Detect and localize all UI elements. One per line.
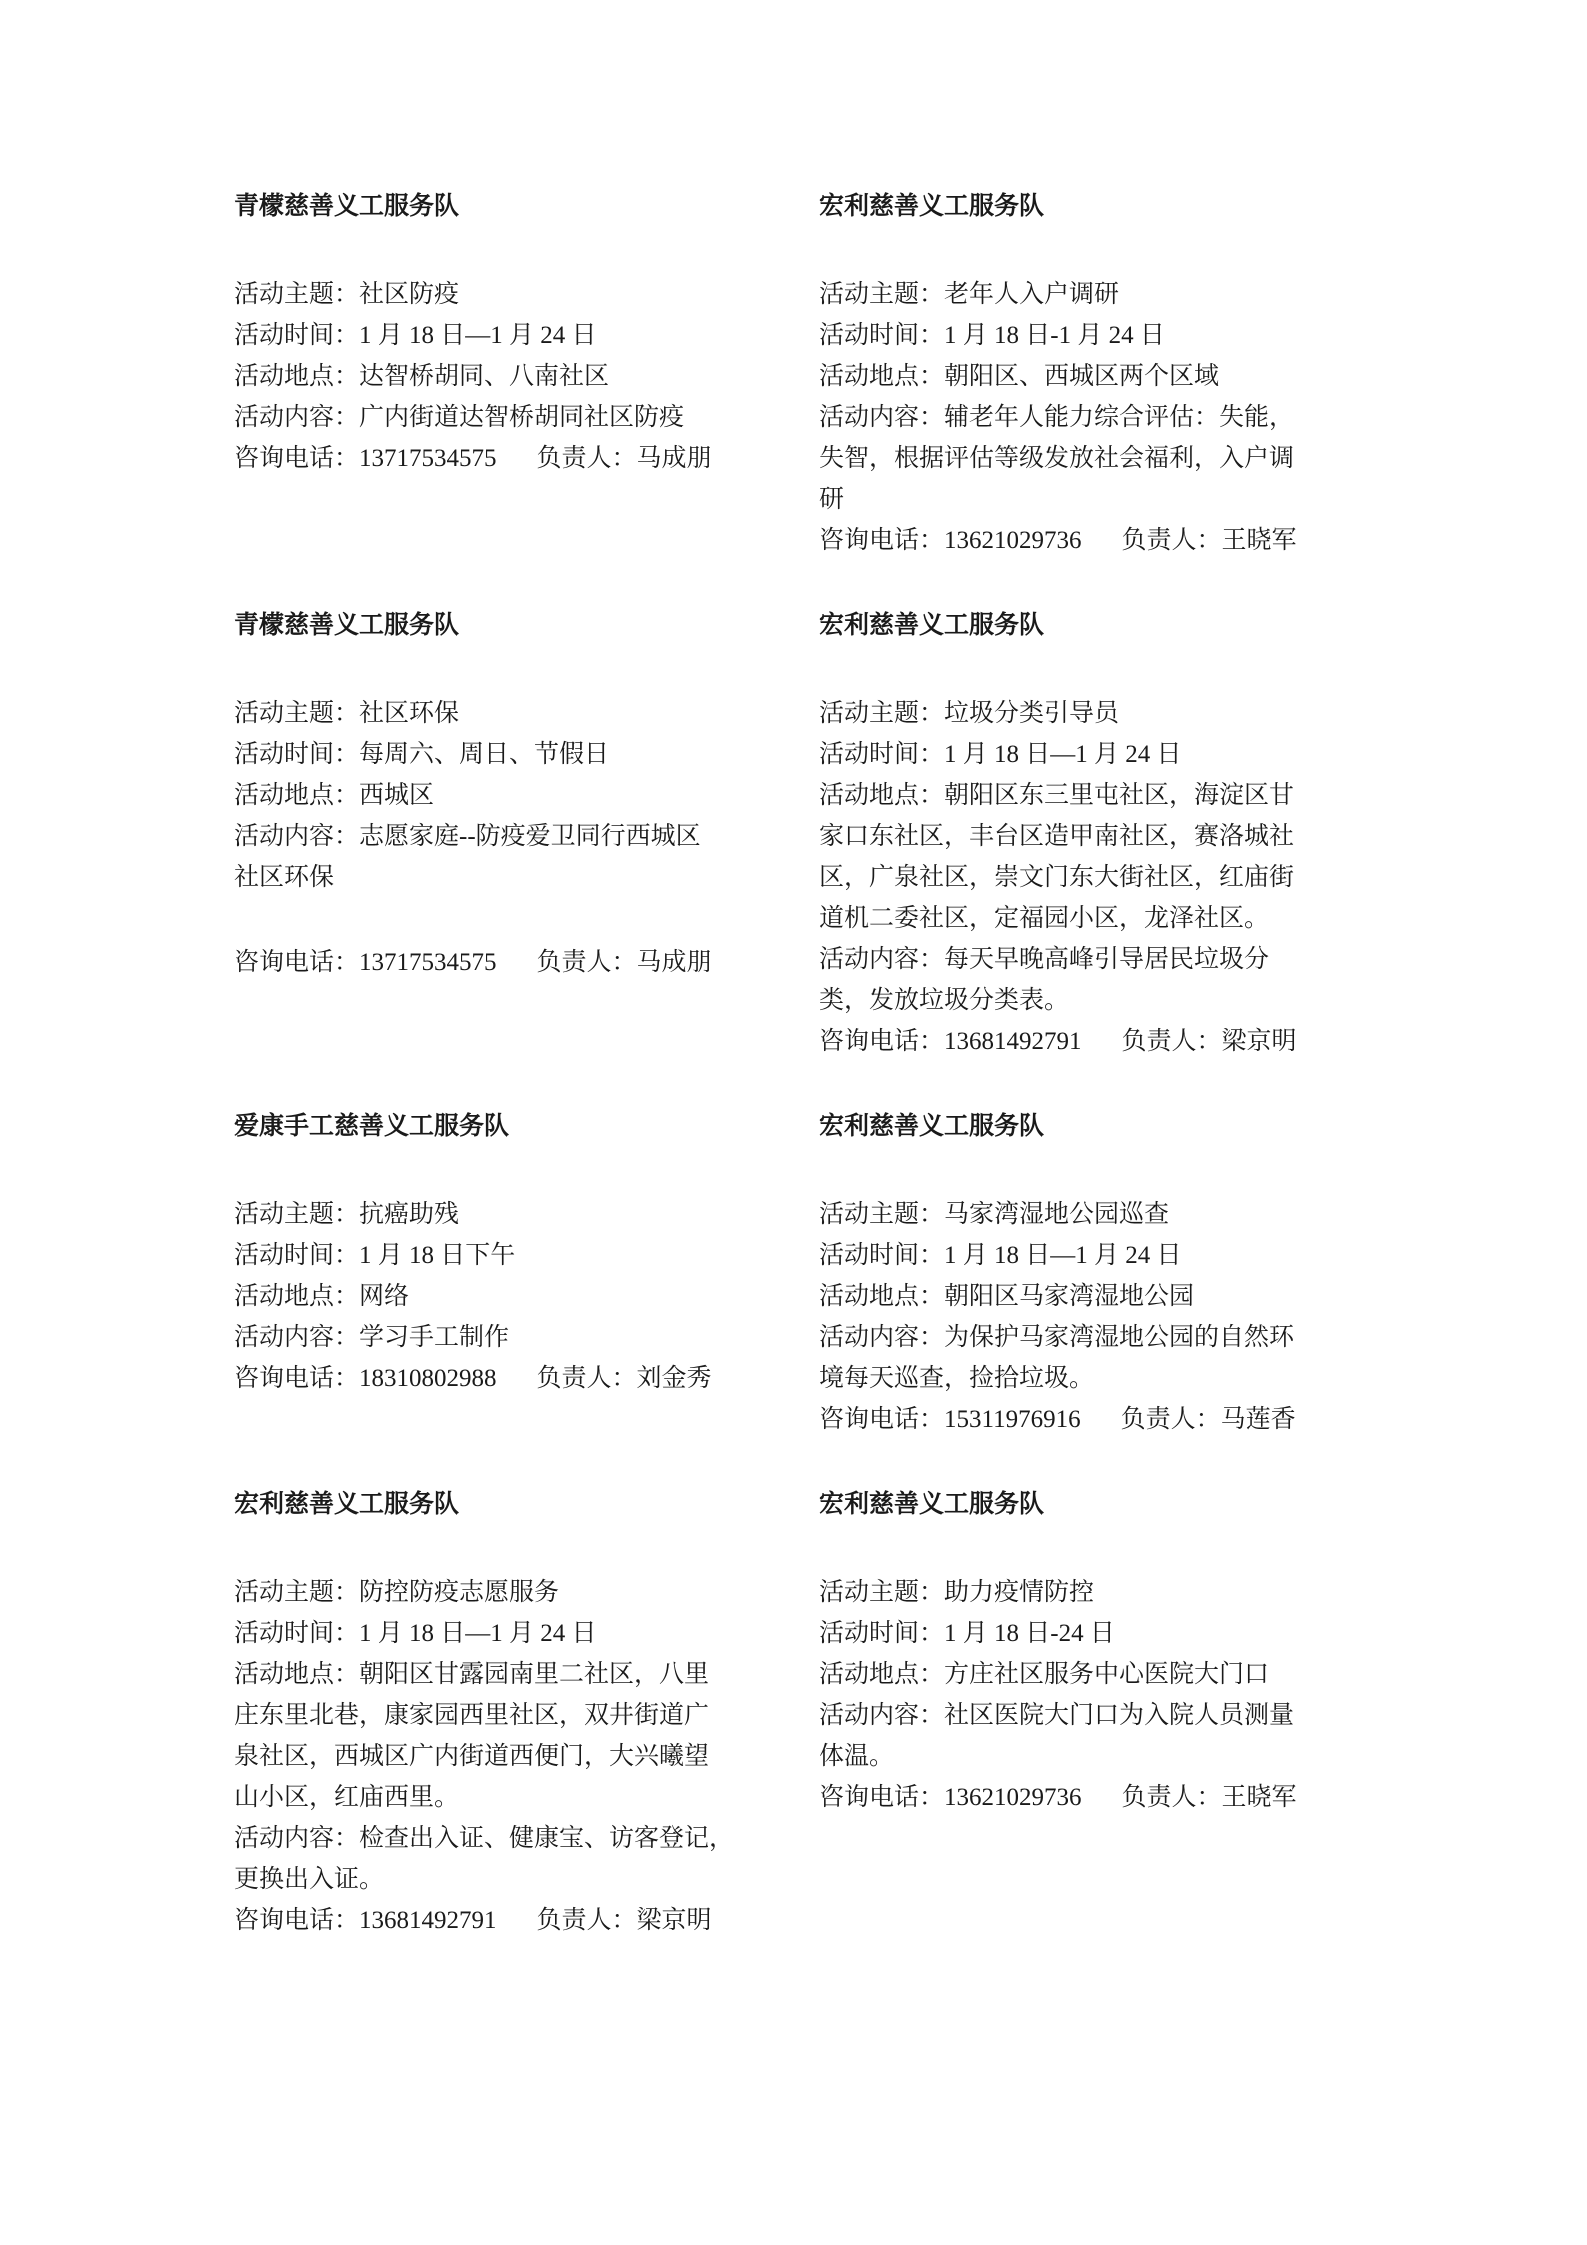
activity-card: 青檬慈善义工服务队 活动主题：社区环保 活动时间：每周六、周日、节假日 活动地点… (234, 605, 789, 983)
consult-phone: 咨询电话：13717534575 (234, 949, 497, 976)
activity-card: 青檬慈善义工服务队 活动主题：社区防疫 活动时间：1 月 18 日—1 月 24… (234, 186, 789, 479)
activity-grid: 青檬慈善义工服务队 活动主题：社区防疫 活动时间：1 月 18 日—1 月 24… (234, 186, 1374, 1941)
person-in-charge: 负责人：马成朋 (537, 949, 712, 976)
activity-field-line: 活动时间：1 月 18 日-24 日 (819, 1613, 1374, 1654)
contact-line: 咨询电话：13717534575负责人：马成朋 (234, 438, 789, 479)
activity-card: 宏利慈善义工服务队 活动主题：垃圾分类引导员 活动时间：1 月 18 日—1 月… (819, 605, 1374, 1062)
person-in-charge: 负责人：梁京明 (537, 1907, 712, 1934)
activity-field-line: 庄东里北巷，康家园西里社区，双井街道广 (234, 1695, 789, 1736)
person-in-charge: 负责人：马莲香 (1121, 1406, 1296, 1433)
activity-field-line: 活动时间：每周六、周日、节假日 (234, 734, 789, 775)
activity-card: 宏利慈善义工服务队 活动主题：助力疫情防控 活动时间：1 月 18 日-24 日… (819, 1484, 1374, 1818)
activity-card: 宏利慈善义工服务队 活动主题：马家湾湿地公园巡查 活动时间：1 月 18 日—1… (819, 1106, 1374, 1440)
consult-phone: 咨询电话：15311976916 (819, 1406, 1081, 1433)
activity-field-line: 活动时间：1 月 18 日—1 月 24 日 (819, 1235, 1374, 1276)
person-in-charge: 负责人：马成朋 (537, 445, 712, 472)
activity-field-line: 活动主题：垃圾分类引导员 (819, 693, 1374, 734)
activity-field-line: 活动内容：为保护马家湾湿地公园的自然环 (819, 1317, 1374, 1358)
activity-field-line: 社区环保 (234, 857, 789, 898)
person-in-charge: 负责人：王晓军 (1122, 527, 1297, 554)
activity-field-line: 山小区，红庙西里。 (234, 1777, 789, 1818)
activity-card: 爱康手工慈善义工服务队 活动主题：抗癌助残 活动时间：1 月 18 日下午 活动… (234, 1106, 789, 1399)
activity-field-line: 失智，根据评估等级发放社会福利，入户调 (819, 438, 1374, 479)
activity-field-line: 活动地点：朝阳区马家湾湿地公园 (819, 1276, 1374, 1317)
contact-line: 咨询电话：13717534575负责人：马成朋 (234, 942, 789, 983)
activity-field-line: 活动地点：网络 (234, 1276, 789, 1317)
team-name: 宏利慈善义工服务队 (819, 186, 1374, 228)
consult-phone: 咨询电话：13621029736 (819, 1784, 1082, 1811)
activity-field-line: 区，广泉社区，崇文门东大街社区，红庙街 (819, 857, 1374, 898)
team-name: 青檬慈善义工服务队 (234, 605, 789, 647)
activity-field-line: 活动内容：社区医院大门口为入院人员测量 (819, 1695, 1374, 1736)
activity-field-line: 活动内容：学习手工制作 (234, 1317, 789, 1358)
contact-line: 咨询电话：13681492791负责人：梁京明 (819, 1021, 1374, 1062)
activity-field-line: 泉社区，西城区广内街道西便门，大兴曦望 (234, 1736, 789, 1777)
activity-field-line: 活动主题：防控防疫志愿服务 (234, 1572, 789, 1613)
activity-field-line: 活动内容：辅老年人能力综合评估：失能， (819, 397, 1374, 438)
contact-line: 咨询电话：15311976916负责人：马莲香 (819, 1399, 1374, 1440)
activity-field-line: 活动地点：方庄社区服务中心医院大门口 (819, 1654, 1374, 1695)
activity-field-line: 活动内容：每天早晚高峰引导居民垃圾分 (819, 939, 1374, 980)
person-in-charge: 负责人：梁京明 (1122, 1028, 1297, 1055)
activity-field-line: 境每天巡查，捡拾垃圾。 (819, 1358, 1374, 1399)
team-name: 宏利慈善义工服务队 (819, 1106, 1374, 1148)
consult-phone: 咨询电话：18310802988 (234, 1365, 497, 1392)
activity-field-line: 活动地点：朝阳区甘露园南里二社区，八里 (234, 1654, 789, 1695)
activity-field-line: 活动主题：社区防疫 (234, 274, 789, 315)
contact-line: 咨询电话：13621029736负责人：王晓军 (819, 520, 1374, 561)
activity-field-line: 类，发放垃圾分类表。 (819, 980, 1374, 1021)
activity-field-line: 家口东社区，丰台区造甲南社区，赛洛城社 (819, 816, 1374, 857)
document-page: 青檬慈善义工服务队 活动主题：社区防疫 活动时间：1 月 18 日—1 月 24… (234, 186, 1374, 1941)
activity-field-line: 活动时间：1 月 18 日下午 (234, 1235, 789, 1276)
team-name: 宏利慈善义工服务队 (819, 605, 1374, 647)
activity-field-line: 活动地点：朝阳区、西城区两个区域 (819, 356, 1374, 397)
activity-field-line: 活动时间：1 月 18 日—1 月 24 日 (234, 315, 789, 356)
activity-field-line: 道机二委社区，定福园小区，龙泽社区。 (819, 898, 1374, 939)
team-name: 宏利慈善义工服务队 (234, 1484, 789, 1526)
activity-field-line: 活动时间：1 月 18 日—1 月 24 日 (234, 1613, 789, 1654)
activity-field-line: 体温。 (819, 1736, 1374, 1777)
activity-field-line: 活动时间：1 月 18 日-1 月 24 日 (819, 315, 1374, 356)
team-name: 爱康手工慈善义工服务队 (234, 1106, 789, 1148)
activity-field-line: 活动地点：达智桥胡同、八南社区 (234, 356, 789, 397)
blank-line (234, 898, 789, 942)
activity-field-line: 活动主题：马家湾湿地公园巡查 (819, 1194, 1374, 1235)
activity-field-line: 活动主题：老年人入户调研 (819, 274, 1374, 315)
consult-phone: 咨询电话：13681492791 (819, 1028, 1082, 1055)
team-name: 宏利慈善义工服务队 (819, 1484, 1374, 1526)
activity-field-line: 研 (819, 479, 1374, 520)
contact-line: 咨询电话：13621029736负责人：王晓军 (819, 1777, 1374, 1818)
activity-field-line: 活动内容：广内街道达智桥胡同社区防疫 (234, 397, 789, 438)
activity-field-line: 活动地点：西城区 (234, 775, 789, 816)
team-name: 青檬慈善义工服务队 (234, 186, 789, 228)
consult-phone: 咨询电话：13717534575 (234, 445, 497, 472)
activity-field-line: 活动内容：志愿家庭--防疫爱卫同行西城区 (234, 816, 789, 857)
activity-field-line: 活动主题：抗癌助残 (234, 1194, 789, 1235)
activity-card: 宏利慈善义工服务队 活动主题：老年人入户调研 活动时间：1 月 18 日-1 月… (819, 186, 1374, 561)
person-in-charge: 负责人：刘金秀 (537, 1365, 712, 1392)
consult-phone: 咨询电话：13621029736 (819, 527, 1082, 554)
activity-field-line: 活动主题：助力疫情防控 (819, 1572, 1374, 1613)
activity-field-line: 活动内容：检查出入证、健康宝、访客登记， (234, 1818, 789, 1859)
consult-phone: 咨询电话：13681492791 (234, 1907, 497, 1934)
contact-line: 咨询电话：13681492791负责人：梁京明 (234, 1900, 789, 1941)
activity-field-line: 活动地点：朝阳区东三里屯社区，海淀区甘 (819, 775, 1374, 816)
activity-card: 宏利慈善义工服务队 活动主题：防控防疫志愿服务 活动时间：1 月 18 日—1 … (234, 1484, 789, 1941)
activity-field-line: 活动主题：社区环保 (234, 693, 789, 734)
activity-field-line: 活动时间：1 月 18 日—1 月 24 日 (819, 734, 1374, 775)
person-in-charge: 负责人：王晓军 (1122, 1784, 1297, 1811)
activity-field-line: 更换出入证。 (234, 1859, 789, 1900)
contact-line: 咨询电话：18310802988负责人：刘金秀 (234, 1358, 789, 1399)
